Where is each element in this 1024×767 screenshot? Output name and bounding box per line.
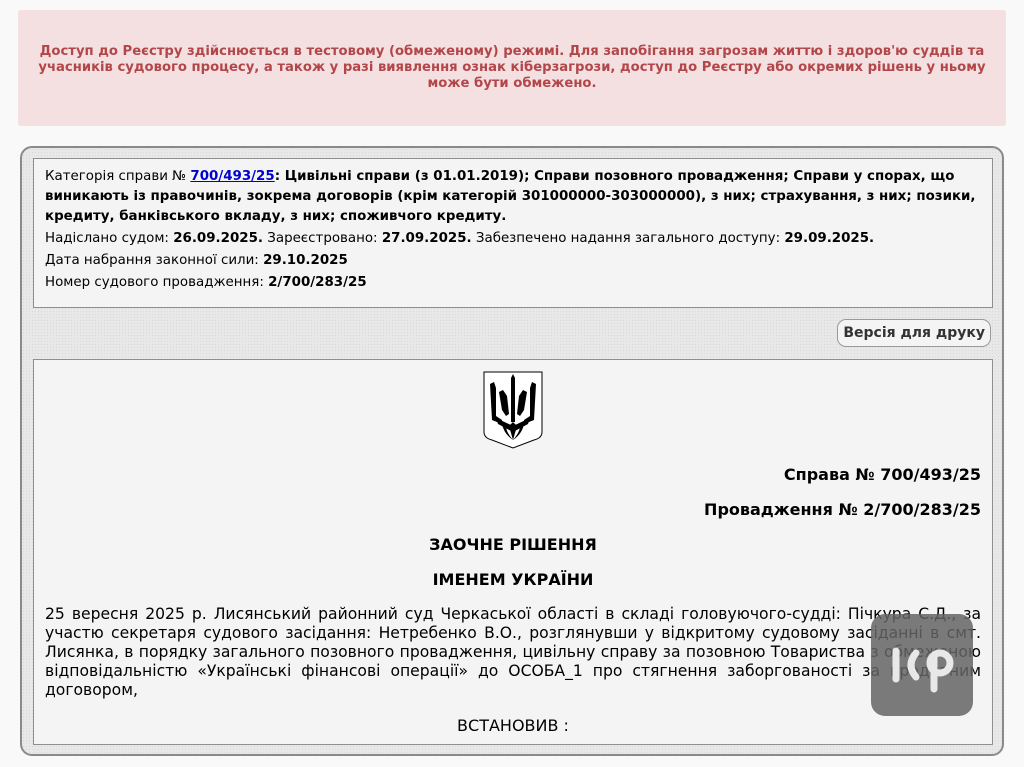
print-version-button[interactable]: Версія для друку (837, 319, 991, 347)
decision-frame: Категорія справи № 700/493/25: Цивільні … (20, 146, 1004, 756)
registered-date: 27.09.2025. (382, 231, 472, 246)
established-heading: ВСТАНОВИВ : (34, 716, 992, 735)
public-access-date: 29.09.2025. (784, 231, 874, 246)
accessibility-widget-button[interactable] (871, 614, 973, 716)
decision-document: Справа № 700/493/25 Провадження № 2/700/… (33, 359, 993, 745)
coat-of-arms-icon (482, 370, 544, 450)
case-info-box: Категорія справи № 700/493/25: Цивільні … (33, 158, 993, 308)
case-dates: Надіслано судом: 26.09.2025. Зареєстрова… (45, 228, 981, 250)
case-number-link[interactable]: 700/493/25 (190, 169, 274, 184)
decision-intro-paragraph: 25 вересня 2025 р. Лисянський районний с… (45, 605, 981, 700)
decision-subtitle: ІМЕНЕМ УКРАЇНИ (34, 570, 992, 589)
proceeding-number-heading: Провадження № 2/700/283/25 (704, 500, 981, 519)
accessibility-widget-icon (882, 635, 962, 695)
legal-force-date-row: Дата набрання законної сили: 29.10.2025 (45, 250, 981, 272)
legal-force-date: 29.10.2025 (263, 253, 348, 268)
case-number-heading: Справа № 700/493/25 (784, 465, 981, 484)
proceeding-number: 2/700/283/25 (268, 275, 367, 290)
registry-access-notice: Доступ до Реєстру здійснюється в тестово… (18, 10, 1006, 126)
notice-text: Доступ до Реєстру здійснюється в тестово… (32, 44, 992, 92)
case-category: Категорія справи № 700/493/25: Цивільні … (45, 167, 981, 227)
decision-title: ЗАОЧНЕ РІШЕННЯ (34, 535, 992, 554)
sent-date: 26.09.2025. (173, 231, 263, 246)
proceeding-number-row: Номер судового провадження: 2/700/283/25 (45, 272, 981, 294)
